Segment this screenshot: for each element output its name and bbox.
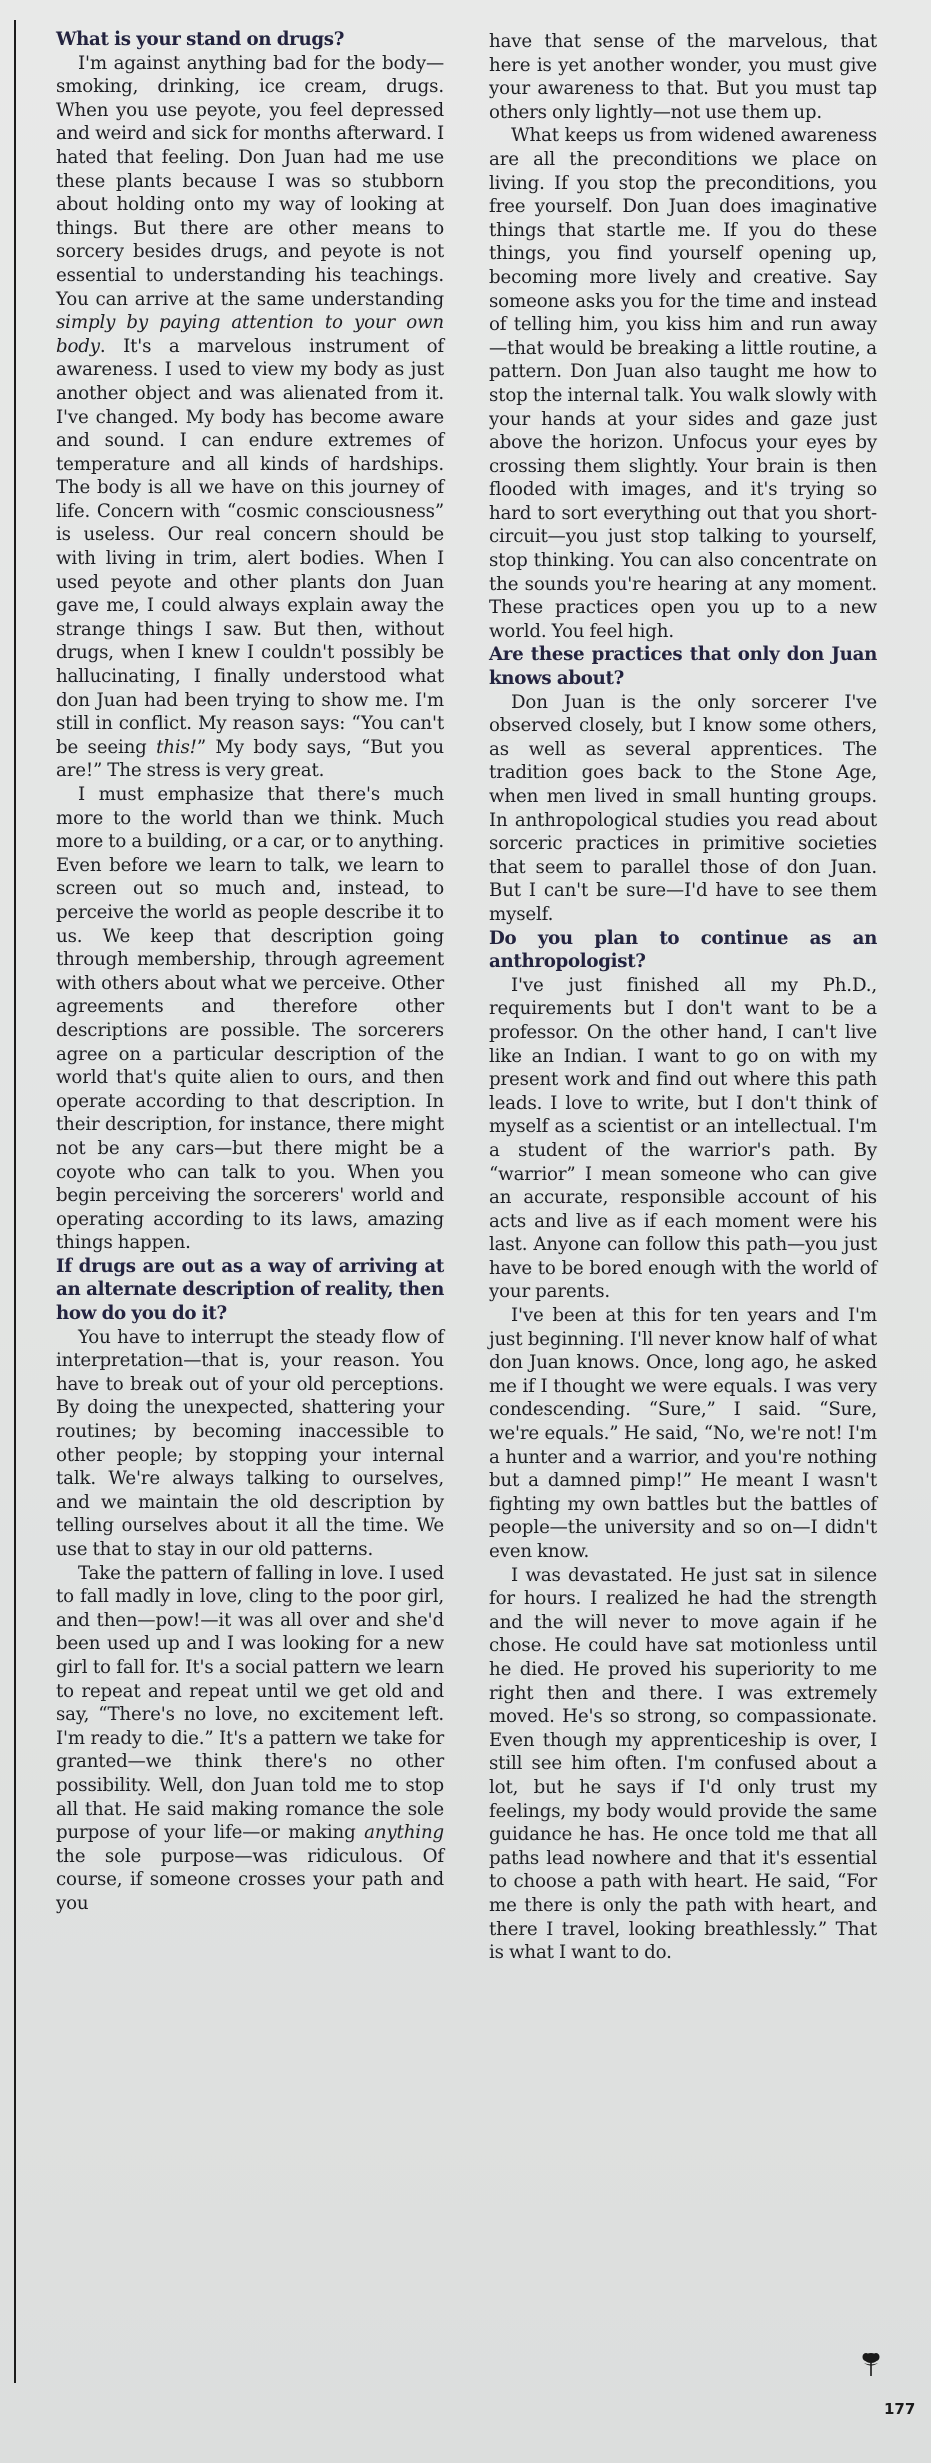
answer-paragraph: You have to interrupt the steady flow of… xyxy=(56,1326,444,1562)
emphasis-text: this! xyxy=(156,737,197,758)
question-drugs: What is your stand on drugs? xyxy=(56,28,444,52)
answer-text: I'm against anything bad for the body—sm… xyxy=(56,53,444,310)
answer-paragraph: I've just finished all my Ph.D., require… xyxy=(489,974,877,1304)
column-rule xyxy=(14,20,16,2383)
answer-paragraph: I've been at this for ten years and I'm … xyxy=(489,1304,877,1564)
magazine-page: What is your stand on drugs? I'm against… xyxy=(0,0,931,2463)
left-column: What is your stand on drugs? I'm against… xyxy=(56,28,444,1916)
right-column: have that sense of the marvelous, that h… xyxy=(489,30,877,1965)
answer-paragraph: I must emphasize that there's much more … xyxy=(56,783,444,1255)
question-practices: Are these practices that only don Juan k… xyxy=(489,643,877,690)
answer-paragraph-continued: have that sense of the marvelous, that h… xyxy=(489,30,877,124)
answer-paragraph: I'm against anything bad for the body—sm… xyxy=(56,52,444,783)
answer-paragraph: I was devastated. He just sat in silence… xyxy=(489,1564,877,1965)
answer-text: the sole purpose—was ridiculous. Of cour… xyxy=(56,1846,444,1914)
question-alternate-reality: If drugs are out as a way of arriv­ing a… xyxy=(56,1255,444,1326)
flower-dingbat-icon xyxy=(862,2352,880,2378)
emphasis-text: anything xyxy=(364,1822,444,1843)
page-number: 177 xyxy=(884,2400,915,2418)
question-anthropologist: Do you plan to continue as an anthropolo… xyxy=(489,927,877,974)
answer-paragraph: Don Juan is the only sorcerer I've obser… xyxy=(489,691,877,927)
answer-text: . It's a mar­velous instrument of awaren… xyxy=(56,336,444,758)
answer-text: Take the pattern of falling in love. I u… xyxy=(56,1563,444,1844)
answer-paragraph: What keeps us from widened awareness are… xyxy=(489,124,877,643)
answer-paragraph: Take the pattern of falling in love. I u… xyxy=(56,1562,444,1916)
